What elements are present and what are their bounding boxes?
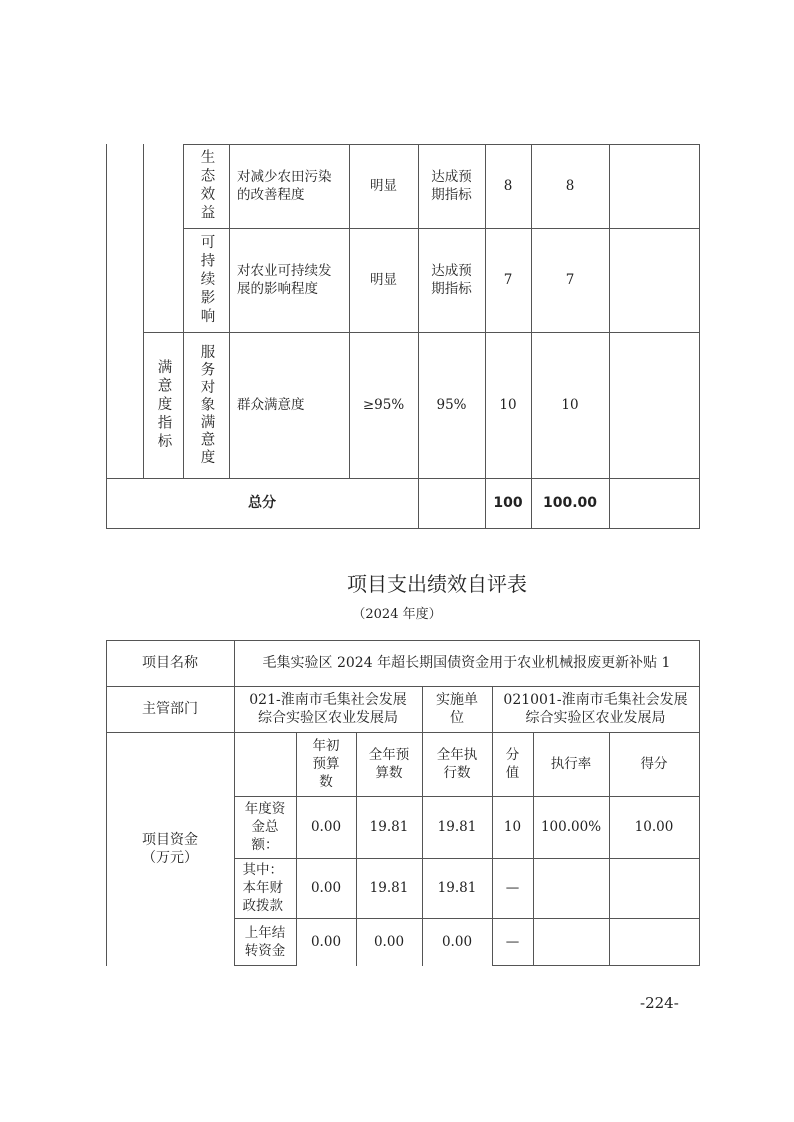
indicator-cell: 群众满意度: [229, 332, 349, 478]
impl-value-text: 021001-淮南市毛集社会发展综合实验区农业发展局: [501, 691, 691, 727]
funds-annual: 0.00: [356, 918, 422, 965]
row-label-text: 上年结转资金: [243, 924, 288, 960]
funds-rate: 100.00%: [533, 796, 609, 858]
project-name-label: 项目名称: [106, 640, 234, 686]
total-score: 100.00: [531, 478, 609, 528]
funds-weight: 10: [492, 796, 533, 858]
form-subtitle: （2024 年度）: [0, 603, 794, 622]
dept-value-text: 021-淮南市毛集社会发展综合实验区农业发展局: [243, 691, 413, 727]
funds-executed: 0.00: [422, 918, 492, 965]
funds-initial: 0.00: [296, 918, 356, 965]
funds-header-rate: 执行率: [533, 732, 609, 796]
funds-initial: 0.00: [296, 796, 356, 858]
category-label: 满意度指标: [152, 359, 175, 452]
funds-header-weight: 分值: [492, 732, 533, 796]
form-title: 项目支出绩效自评表: [40, 568, 794, 597]
total-label: 总分: [106, 478, 418, 528]
funds-row-label: 其中：本年财政拨款: [234, 858, 296, 918]
funds-executed: 19.81: [422, 796, 492, 858]
sub-category-cell: 生态效益: [183, 144, 229, 228]
score-cell: 8: [531, 144, 609, 228]
impl-label: 实施单位: [422, 686, 492, 732]
project-name-value: 毛集实验区 2024 年超长期国债资金用于农业机械报废更新补贴 1: [234, 640, 699, 686]
total-weight: 100: [485, 478, 531, 528]
funds-weight: —: [492, 858, 533, 918]
header-text: 年初预算数: [311, 737, 341, 791]
category-cell: 满意度指标: [143, 332, 183, 478]
funds-executed: 19.81: [422, 858, 492, 918]
indicator-cell: 对农业可持续发展的影响程度: [229, 228, 349, 332]
sub-category-label: 服务对象满意度: [195, 344, 218, 467]
impl-label-text: 实施单位: [435, 691, 480, 727]
header-text: 全年预算数: [367, 746, 412, 782]
actual-label: 达成预期指标: [429, 168, 474, 204]
target-cell: 明显: [349, 144, 418, 228]
funds-annual: 19.81: [356, 796, 422, 858]
header-text: 分值: [505, 746, 521, 782]
score-cell: 7: [531, 228, 609, 332]
row-label-text: 其中：本年财政拨款: [243, 861, 288, 915]
indicator-label: 对农业可持续发展的影响程度: [237, 262, 337, 298]
actual-label: 达成预期指标: [429, 262, 474, 298]
header-text: 全年执行数: [435, 746, 480, 782]
remark-cell: [609, 332, 699, 478]
funds-score: [609, 858, 699, 918]
total-remark-cell: [609, 478, 699, 528]
funds-rate: [533, 858, 609, 918]
funds-row-label: 年度资金总额：: [234, 796, 296, 858]
weight-cell: 8: [485, 144, 531, 228]
score-cell: 10: [531, 332, 609, 478]
actual-cell: 达成预期指标: [418, 144, 485, 228]
sub-category-label: 可持续影响: [195, 234, 218, 327]
funds-header-blank: [234, 732, 296, 796]
funds-label: 项目资金（万元）: [106, 732, 234, 966]
indicator-label: 对减少农田污染的改善程度: [237, 168, 337, 204]
target-cell: 明显: [349, 228, 418, 332]
funds-score: [609, 918, 699, 965]
funds-header-executed: 全年执行数: [422, 732, 492, 796]
funds-weight: —: [492, 918, 533, 965]
funds-row-label: 上年结转资金: [234, 918, 296, 965]
weight-cell: 7: [485, 228, 531, 332]
actual-cell: 95%: [418, 332, 485, 478]
target-cell: ≥95%: [349, 332, 418, 478]
total-blank-cell: [418, 478, 485, 528]
funds-header-score: 得分: [609, 732, 699, 796]
funds-rate: [533, 918, 609, 965]
funds-header-annual: 全年预算数: [356, 732, 422, 796]
remark-cell: [609, 144, 699, 228]
dept-label: 主管部门: [106, 686, 234, 732]
funds-initial: 0.00: [296, 858, 356, 918]
funds-header-initial: 年初预算数: [296, 732, 356, 796]
remark-cell: [609, 228, 699, 332]
page-number: -224-: [640, 994, 679, 1012]
impl-value: 021001-淮南市毛集社会发展综合实验区农业发展局: [492, 686, 699, 732]
dept-value: 021-淮南市毛集社会发展综合实验区农业发展局: [234, 686, 422, 732]
funds-score: 10.00: [609, 796, 699, 858]
sub-category-label: 生态效益: [195, 149, 218, 223]
weight-cell: 10: [485, 332, 531, 478]
funds-annual: 19.81: [356, 858, 422, 918]
row-label-text: 年度资金总额：: [243, 800, 288, 854]
sub-category-cell: 服务对象满意度: [183, 332, 229, 478]
sub-category-cell: 可持续影响: [183, 228, 229, 332]
actual-cell: 达成预期指标: [418, 228, 485, 332]
funds-label-text: 项目资金（万元）: [130, 831, 210, 867]
indicator-cell: 对减少农田污染的改善程度: [229, 144, 349, 228]
